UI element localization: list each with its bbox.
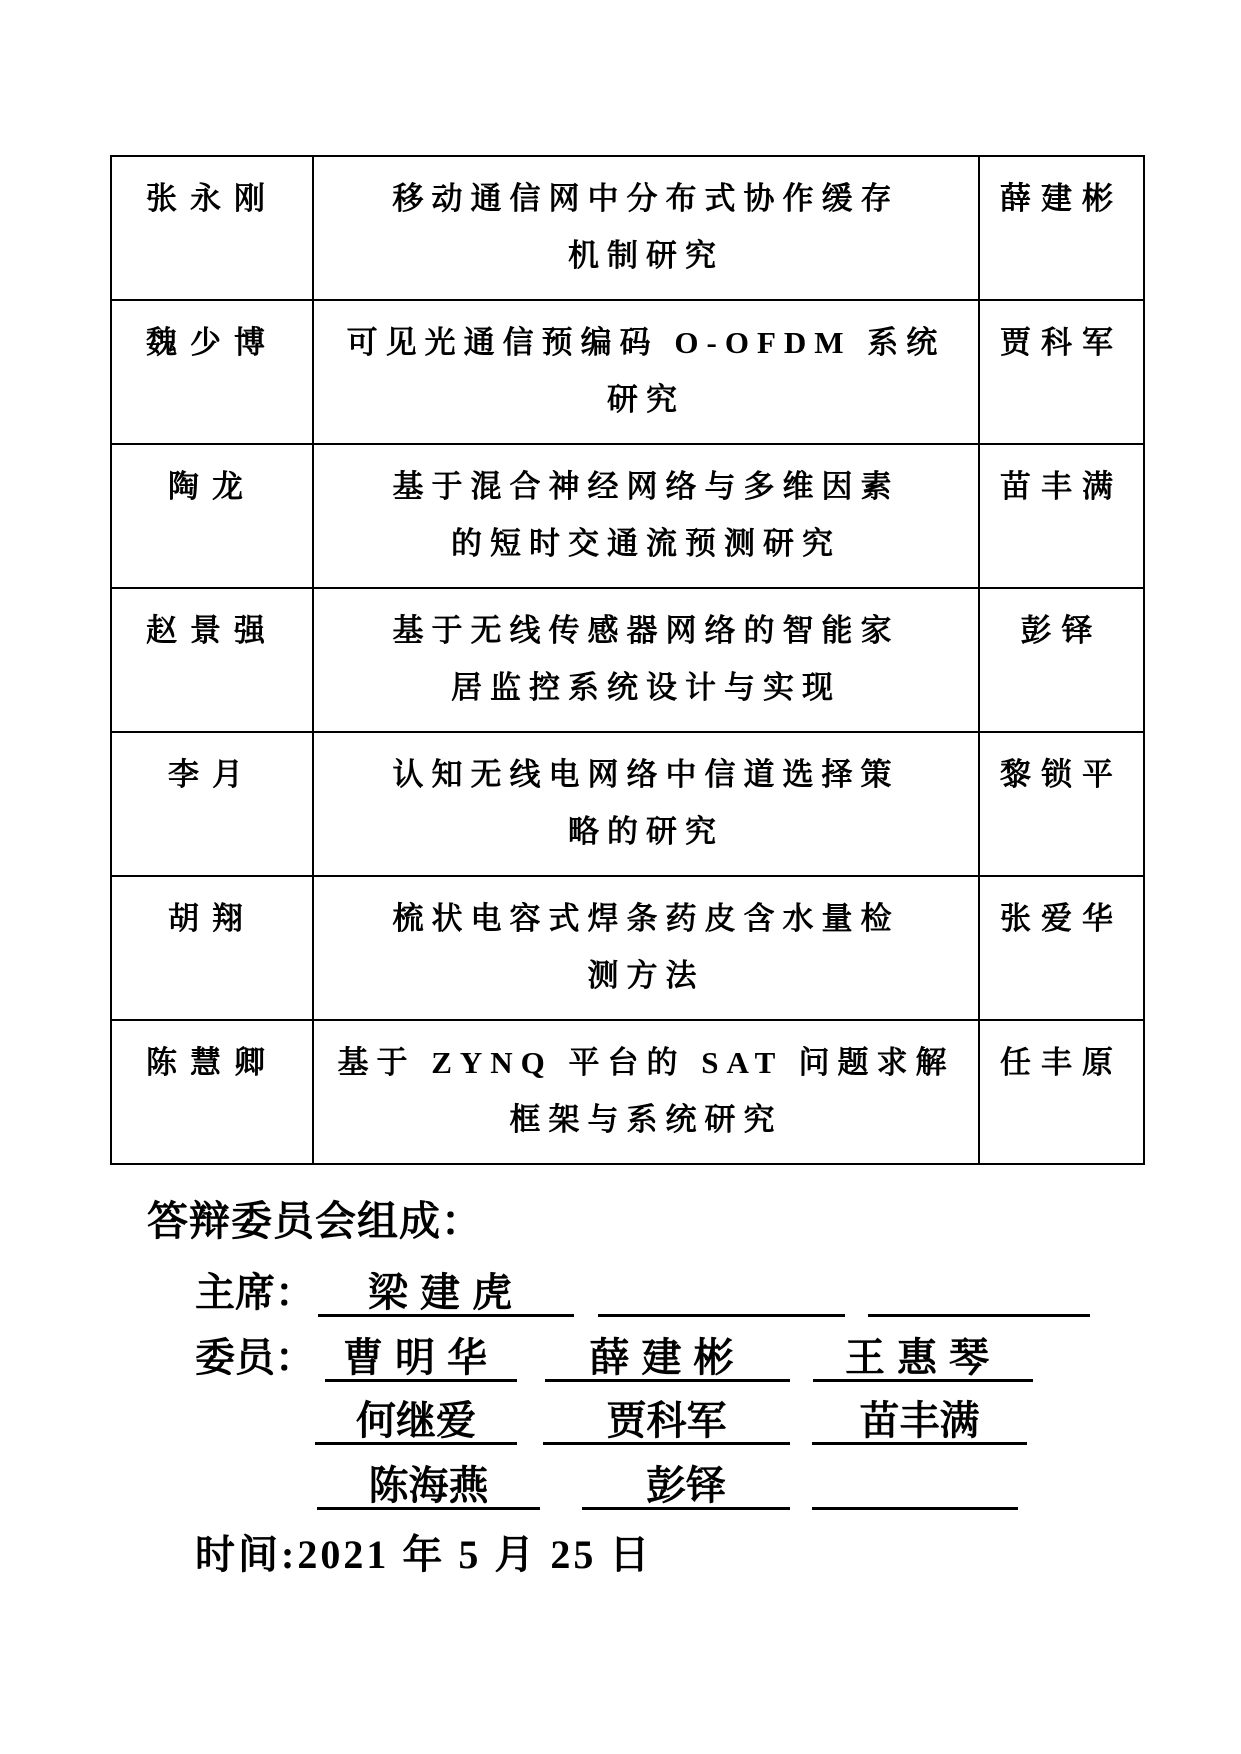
signature-line xyxy=(812,1464,1018,1510)
signature-line: 何继爱 xyxy=(315,1399,517,1445)
student-name-cell: 李月 xyxy=(111,732,313,876)
thesis-title-cell: 认知无线电网络中信道选择策 略的研究 xyxy=(313,732,979,876)
member-label: 委员： xyxy=(195,1336,315,1380)
thesis-title-cell: 基于无线传感器网络的智能家 居监控系统设计与实现 xyxy=(313,588,979,732)
committee-member-row: 委员： 曹明华 薛建彬 王惠琴 xyxy=(0,1336,1241,1382)
thesis-title-line2: 的短时交通流预测研究 xyxy=(314,515,978,572)
signature-line: 曹明华 xyxy=(325,1336,517,1382)
signature-line xyxy=(598,1271,845,1317)
thesis-title-line2: 研究 xyxy=(314,371,978,428)
signature-line: 薛建彬 xyxy=(545,1336,790,1382)
table-row: 李月 认知无线电网络中信道选择策 略的研究 黎锁平 xyxy=(111,732,1144,876)
defense-date: 时间:2021 年 5 月 25 日 xyxy=(195,1533,652,1577)
document-page: 张永刚 移动通信网中分布式协作缓存 机制研究 薛建彬 魏少博 可见光通信预编码 … xyxy=(0,0,1241,1754)
thesis-title-line2: 机制研究 xyxy=(314,227,978,284)
table-row: 陈慧卿 基于 ZYNQ 平台的 SAT 问题求解 框架与系统研究 任丰原 xyxy=(111,1020,1144,1164)
signature-line: 梁建虎 xyxy=(318,1271,574,1317)
thesis-title-cell: 基于 ZYNQ 平台的 SAT 问题求解 框架与系统研究 xyxy=(313,1020,979,1164)
signature-line: 陈海燕 xyxy=(317,1464,540,1510)
table-row: 陶龙 基于混合神经网络与多维因素 的短时交通流预测研究 苗丰满 xyxy=(111,444,1144,588)
advisor-name-cell: 张爱华 xyxy=(979,876,1144,1020)
student-name-cell: 赵景强 xyxy=(111,588,313,732)
thesis-title-line1: 可见光通信预编码 O-OFDM 系统 xyxy=(314,314,978,371)
table-row: 赵景强 基于无线传感器网络的智能家 居监控系统设计与实现 彭铎 xyxy=(111,588,1144,732)
advisor-name-cell: 彭铎 xyxy=(979,588,1144,732)
student-name-cell: 陈慧卿 xyxy=(111,1020,313,1164)
thesis-title-line1: 移动通信网中分布式协作缓存 xyxy=(314,170,978,227)
thesis-title-cell: 移动通信网中分布式协作缓存 机制研究 xyxy=(313,156,979,300)
thesis-title-cell: 可见光通信预编码 O-OFDM 系统 研究 xyxy=(313,300,979,444)
thesis-title-line1: 基于混合神经网络与多维因素 xyxy=(314,458,978,515)
student-name-cell: 张永刚 xyxy=(111,156,313,300)
advisor-name-cell: 苗丰满 xyxy=(979,444,1144,588)
advisor-name-cell: 任丰原 xyxy=(979,1020,1144,1164)
advisor-name-cell: 薛建彬 xyxy=(979,156,1144,300)
thesis-title-cell: 梳状电容式焊条药皮含水量检 测方法 xyxy=(313,876,979,1020)
thesis-title-line1: 梳状电容式焊条药皮含水量检 xyxy=(314,890,978,947)
table-row: 魏少博 可见光通信预编码 O-OFDM 系统 研究 贾科军 xyxy=(111,300,1144,444)
committee-member-row: 何继爱 贾科军 苗丰满 xyxy=(0,1399,1241,1445)
chair-label: 主席： xyxy=(195,1271,315,1315)
signature-line: 王惠琴 xyxy=(813,1336,1033,1382)
thesis-title-line2: 测方法 xyxy=(314,947,978,1004)
table-row: 胡翔 梳状电容式焊条药皮含水量检 测方法 张爱华 xyxy=(111,876,1144,1020)
student-name-cell: 陶龙 xyxy=(111,444,313,588)
thesis-title-line2: 居监控系统设计与实现 xyxy=(314,659,978,716)
table-row: 张永刚 移动通信网中分布式协作缓存 机制研究 薛建彬 xyxy=(111,156,1144,300)
thesis-title-line1: 基于无线传感器网络的智能家 xyxy=(314,602,978,659)
signature-line: 苗丰满 xyxy=(812,1399,1027,1445)
student-name-cell: 胡翔 xyxy=(111,876,313,1020)
defense-roster-table: 张永刚 移动通信网中分布式协作缓存 机制研究 薛建彬 魏少博 可见光通信预编码 … xyxy=(110,155,1145,1165)
thesis-title-cell: 基于混合神经网络与多维因素 的短时交通流预测研究 xyxy=(313,444,979,588)
signature-line xyxy=(868,1271,1090,1317)
signature-line: 彭铎 xyxy=(582,1464,790,1510)
thesis-title-line1: 认知无线电网络中信道选择策 xyxy=(314,746,978,803)
advisor-name-cell: 黎锁平 xyxy=(979,732,1144,876)
thesis-title-line2: 略的研究 xyxy=(314,803,978,860)
committee-heading: 答辩委员会组成： xyxy=(147,1188,483,1247)
student-name-cell: 魏少博 xyxy=(111,300,313,444)
thesis-title-line2: 框架与系统研究 xyxy=(314,1091,978,1148)
thesis-title-line1: 基于 ZYNQ 平台的 SAT 问题求解 xyxy=(314,1034,978,1091)
signature-line: 贾科军 xyxy=(543,1399,790,1445)
committee-member-row: 陈海燕 彭铎 xyxy=(0,1464,1241,1510)
committee-chair-row: 主席： 梁建虎 xyxy=(0,1271,1241,1317)
advisor-name-cell: 贾科军 xyxy=(979,300,1144,444)
